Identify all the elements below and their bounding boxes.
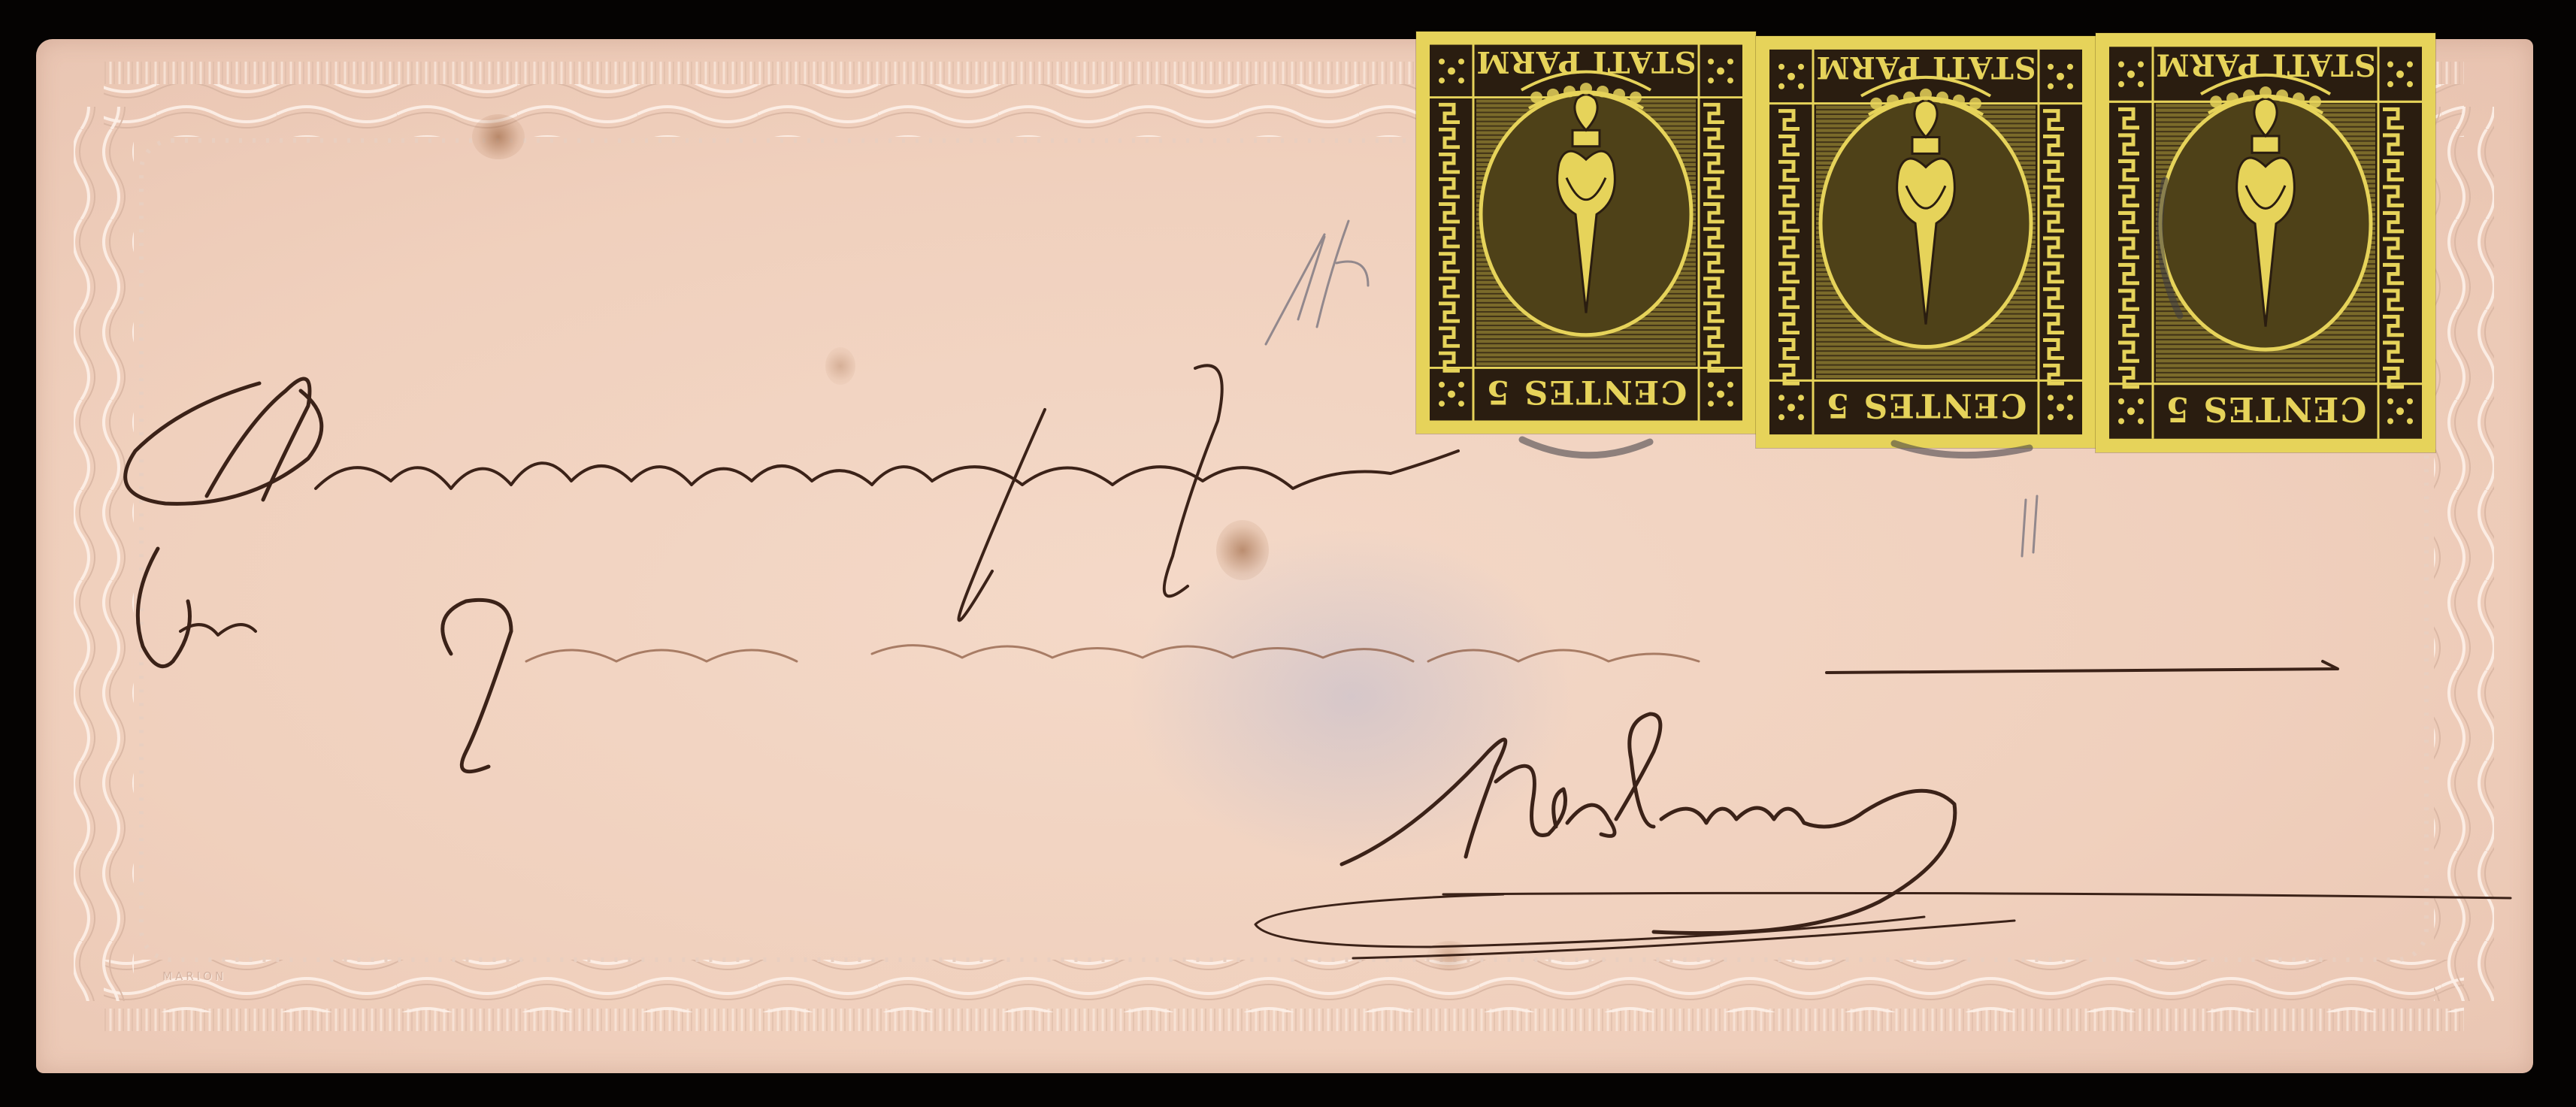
stamp-2: CENTES 5 STATI PARM bbox=[1756, 36, 2096, 448]
foxing-stain bbox=[1427, 941, 1472, 971]
stamp-strip: CENTES 5 STATI PARM bbox=[1416, 32, 2435, 452]
address-line-1-text: Illustrissimo Signore bbox=[0, 0, 1, 1]
svg-text:STATI PARM: STATI PARM bbox=[1815, 50, 2036, 84]
stamp-design: CENTES 5 STATI PARM bbox=[2096, 33, 2435, 452]
stamp-3: CENTES 5 STATI PARM bbox=[2096, 33, 2435, 452]
stamp-1: CENTES 5 STATI PARM bbox=[1416, 32, 1756, 434]
foxing-stain bbox=[825, 347, 855, 385]
svg-text:CENTES 5: CENTES 5 bbox=[1485, 373, 1688, 410]
embossed-printer-mark: MARION bbox=[162, 969, 226, 983]
svg-text:STATI PARM: STATI PARM bbox=[2155, 47, 2375, 83]
svg-text:CENTES 5: CENTES 5 bbox=[2165, 389, 2367, 428]
svg-text:STATI PARM: STATI PARM bbox=[1476, 44, 1696, 78]
blue-wash bbox=[1126, 528, 1577, 866]
stamp-design: CENTES 5 STATI PARM bbox=[1756, 36, 2096, 448]
foxing-stain bbox=[472, 114, 525, 159]
stamp-design: CENTES 5 STATI PARM bbox=[1416, 32, 1756, 434]
svg-text:CENTES 5: CENTES 5 bbox=[1825, 386, 2027, 424]
